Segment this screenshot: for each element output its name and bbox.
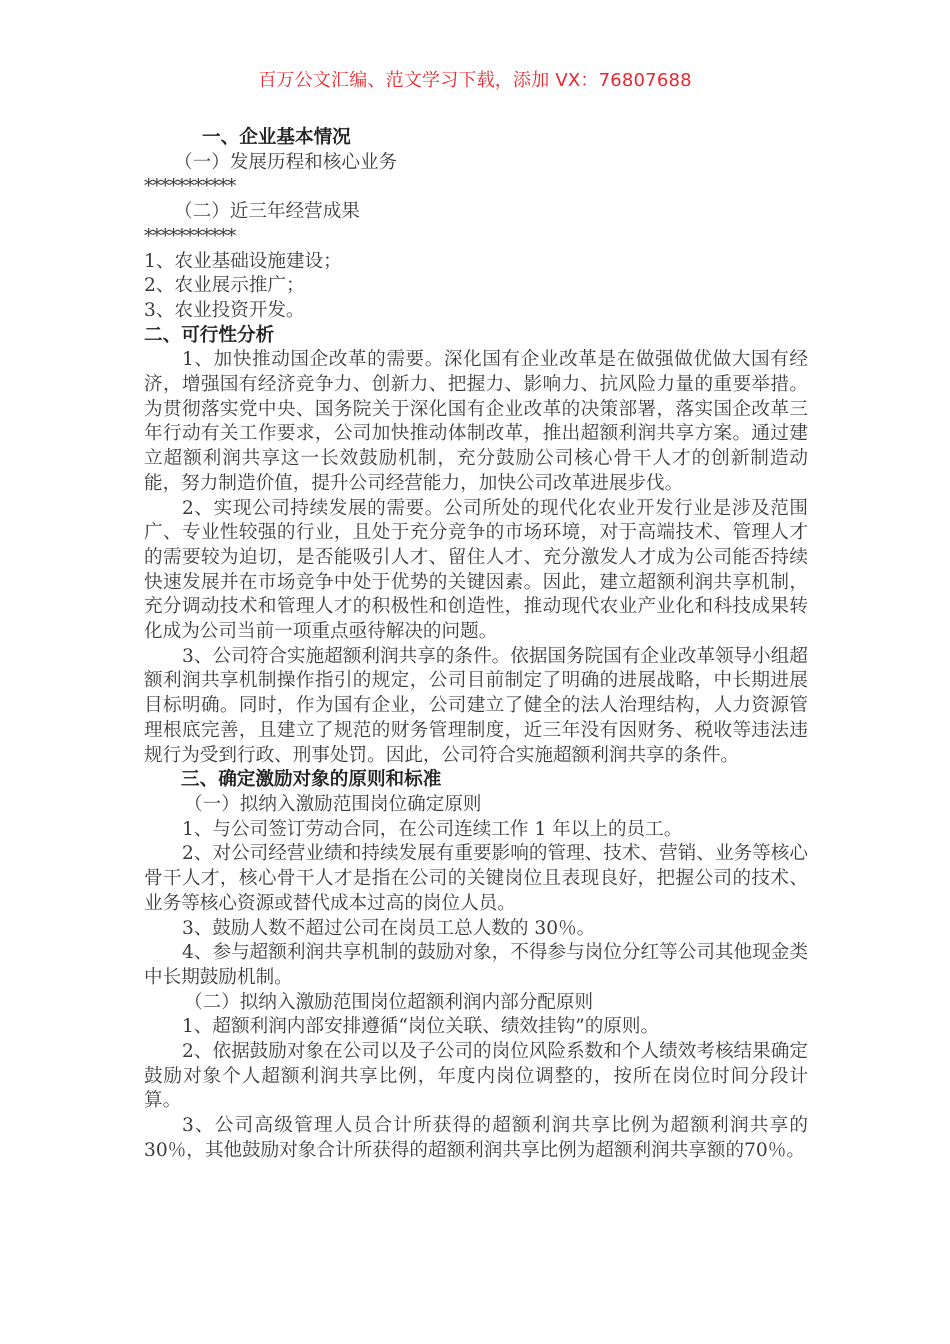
section-heading-1: 一、企业基本情况 [144, 126, 808, 151]
paragraph: 2、对公司经营业绩和持续发展有重要影响的管理、技术、营销、业务等核心骨干人才，核… [144, 842, 808, 916]
section-heading-3: 三、确定激励对象的原则和标准 [144, 768, 808, 793]
list-item: 3、农业投资开发。 [144, 299, 808, 324]
paragraph: 3、鼓励人数不超过公司在岗员工总人数的 30％。 [144, 917, 808, 942]
paragraph: 1、超额利润内部安排遵循“岗位关联、绩效挂钩”的原则。 [144, 1015, 808, 1040]
paragraph: 4、参与超额利润共享机制的鼓励对象，不得参与岗位分红等公司其他现金类中长期鼓励机… [144, 941, 808, 990]
paragraph: 1、与公司签订劳动合同，在公司连续工作 1 年以上的员工。 [144, 818, 808, 843]
subheading-operating-results: （二）近三年经营成果 [144, 200, 808, 225]
subheading-position-principles: （一）拟纳入激励范围岗位确定原则 [144, 793, 808, 818]
paragraph: 3、公司高级管理人员合计所获得的超额利润共享比例为超额利润共享的30％，其他鼓励… [144, 1114, 808, 1163]
placeholder-stars: *********** [144, 175, 808, 200]
section-heading-2: 二、可行性分析 [144, 324, 808, 349]
subheading-development-history: （一）发展历程和核心业务 [144, 151, 808, 176]
paragraph: 3、公司符合实施超额利润共享的条件。依据国务院国有企业改革领导小组超额利润共享机… [144, 645, 808, 769]
paragraph: 2、依据鼓励对象在公司以及子公司的岗位风险系数和个人绩效考核结果确定鼓励对象个人… [144, 1040, 808, 1114]
document-body: 一、企业基本情况 （一）发展历程和核心业务 *********** （二）近三年… [144, 126, 808, 1164]
paragraph: 2、实现公司持续发展的需要。公司所处的现代化农业开发行业是涉及范围广、专业性较强… [144, 497, 808, 645]
list-item: 2、农业展示推广； [144, 274, 808, 299]
watermark-banner: 百万公文汇编、范文学习下载，添加 VX：76807688 [0, 66, 950, 92]
subheading-distribution-principles: （二）拟纳入激励范围岗位超额利润内部分配原则 [144, 991, 808, 1016]
placeholder-stars: *********** [144, 225, 808, 250]
list-item: 1、农业基础设施建设； [144, 250, 808, 275]
paragraph: 1、加快推动国企改革的需要。深化国有企业改革是在做强做优做大国有经济，增强国有经… [144, 348, 808, 496]
